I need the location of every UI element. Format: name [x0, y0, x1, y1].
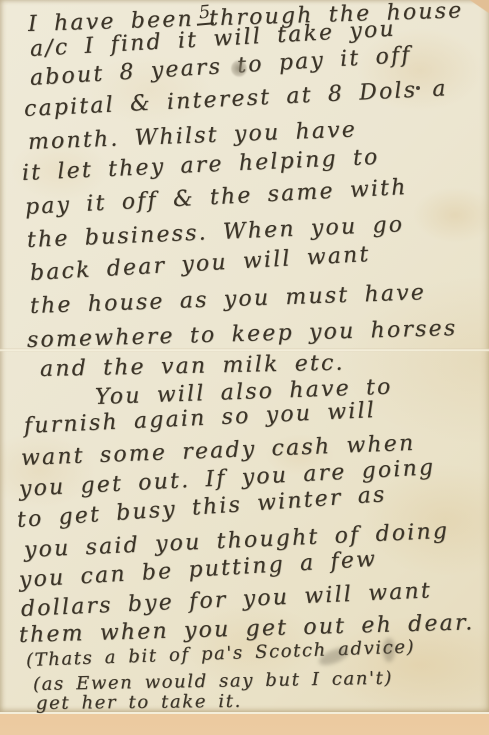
letter-paper: 5 I have been through the house a/c I fi… — [0, 0, 489, 714]
ink-smudge — [383, 638, 395, 662]
letter-line: get her to take it. — [36, 691, 242, 714]
ink-blot — [231, 60, 247, 77]
corner-fold — [467, 0, 489, 15]
ink-dot — [416, 86, 420, 90]
scanned-letter: 5 I have been through the house a/c I fi… — [0, 0, 489, 735]
